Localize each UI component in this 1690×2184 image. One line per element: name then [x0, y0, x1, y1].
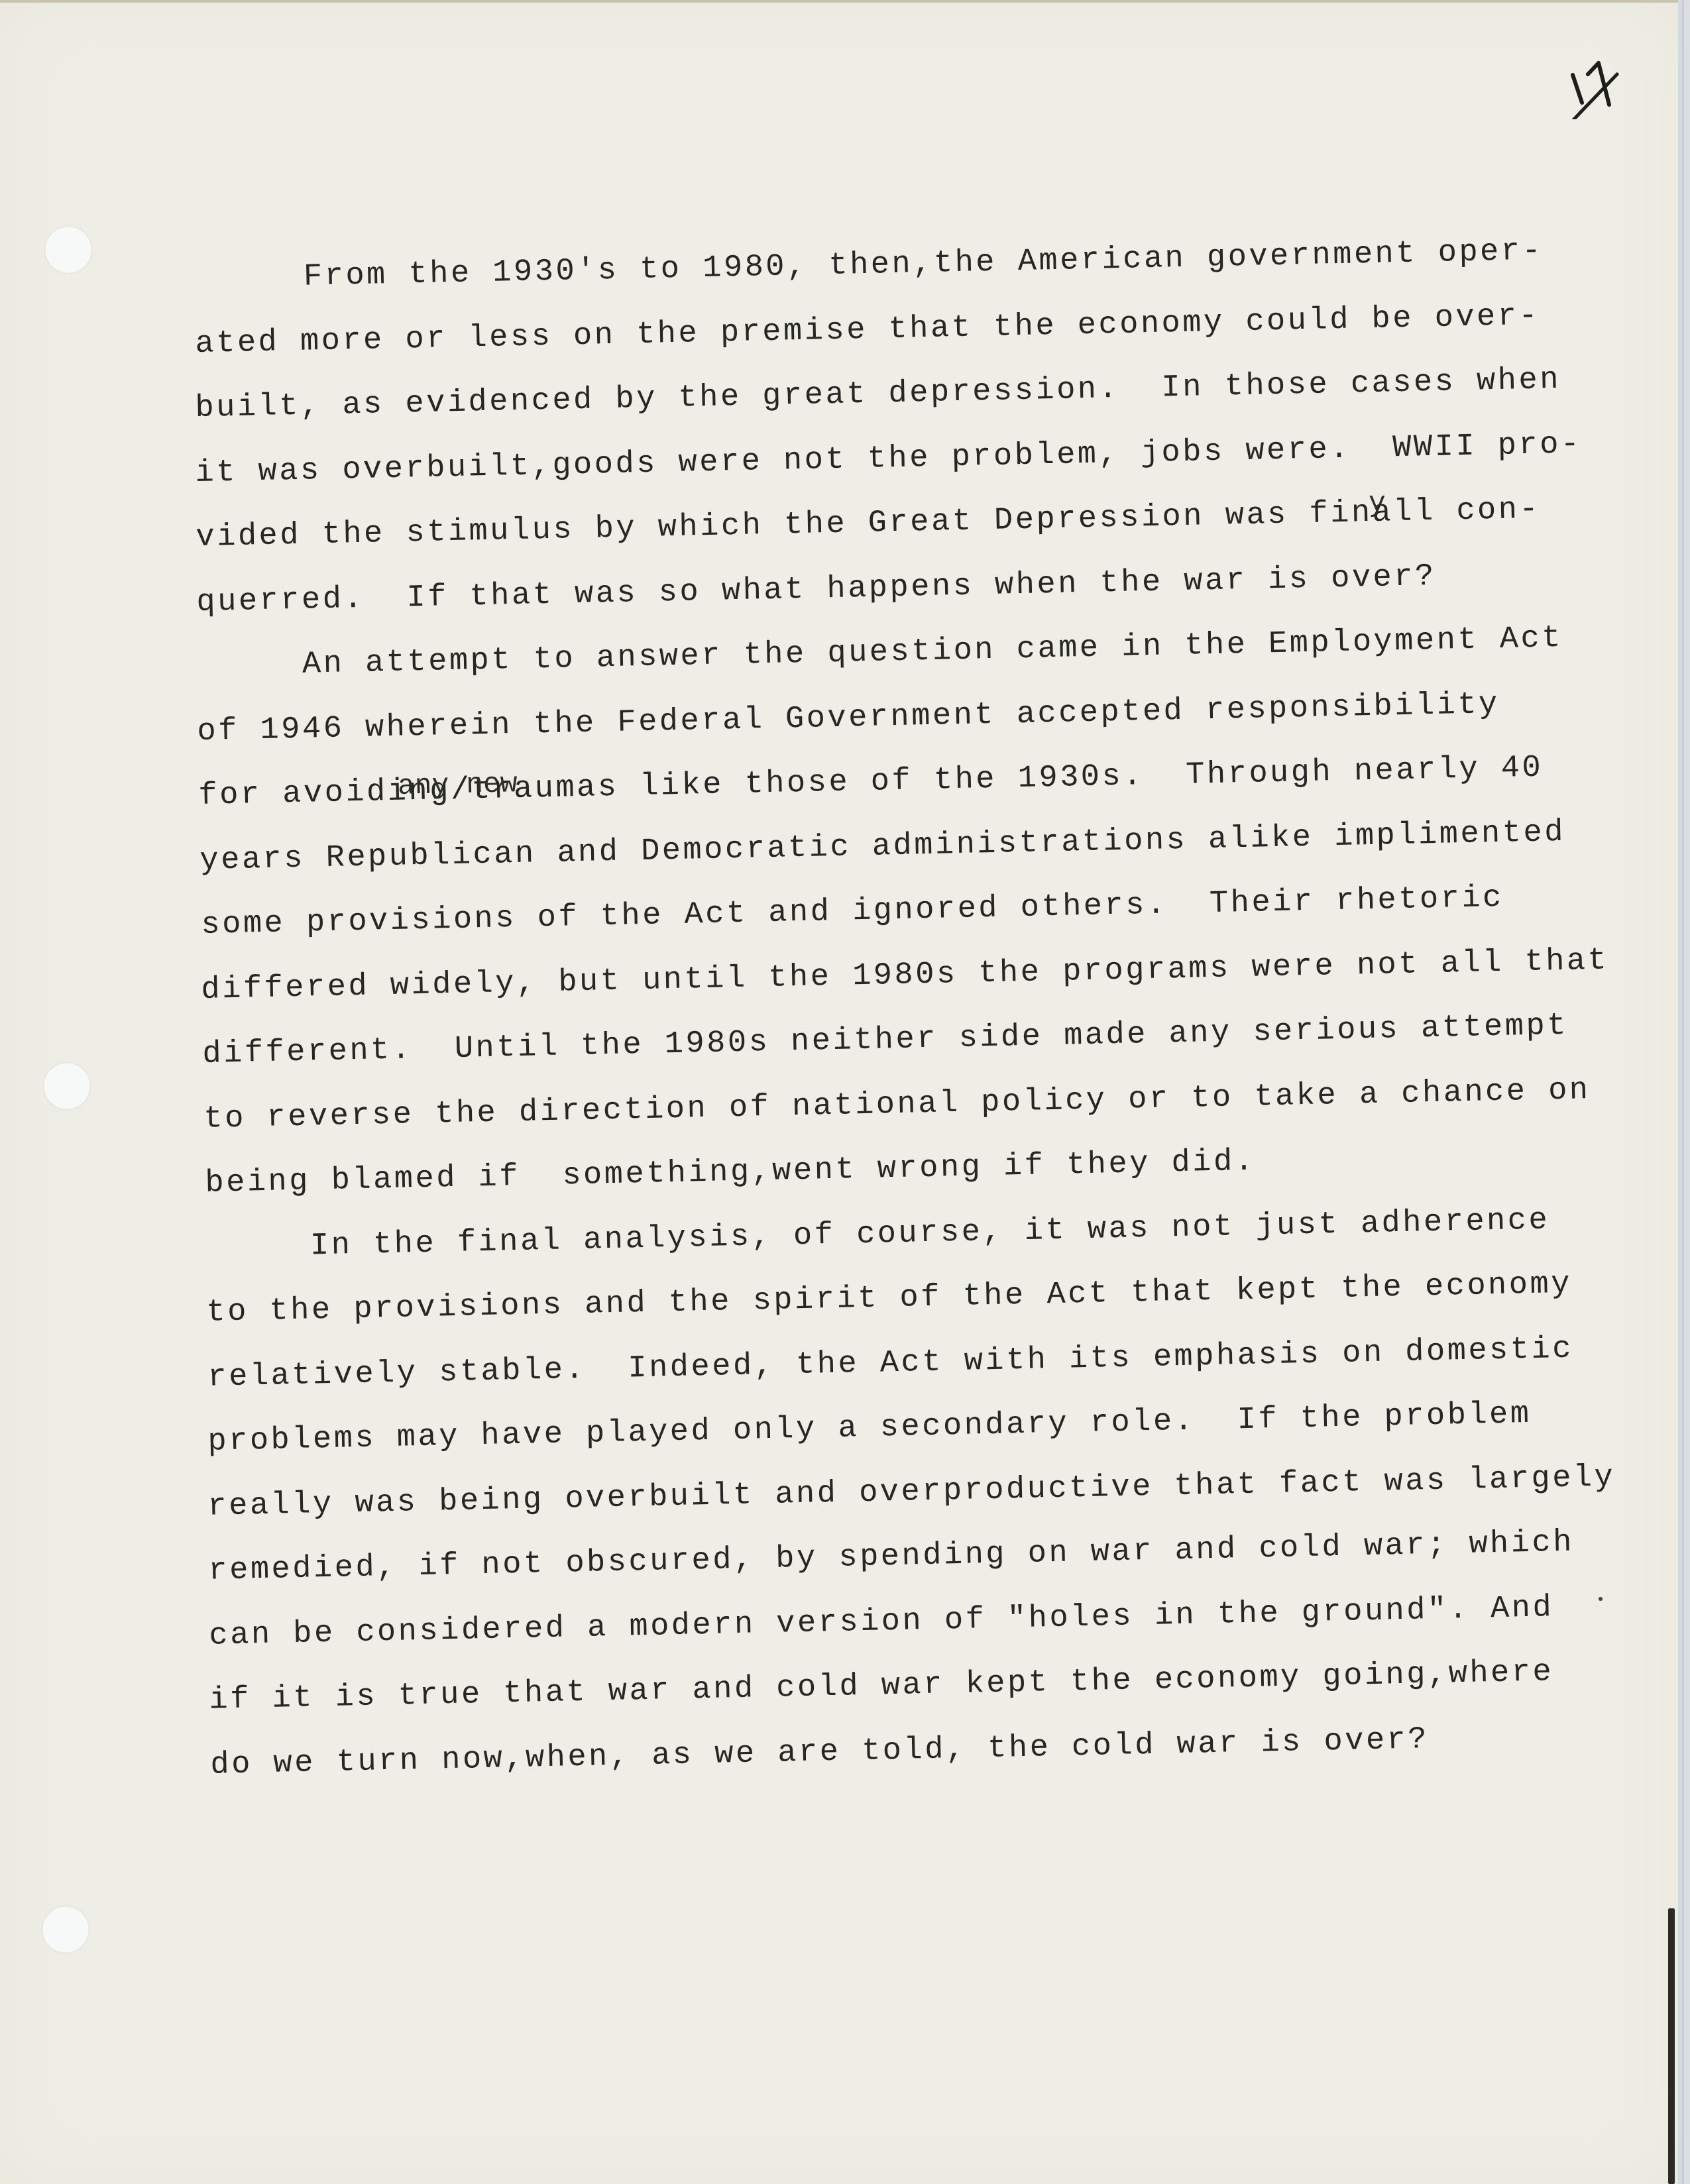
- typed-text-body: From the 1930's to 1980, then,the Americ…: [199, 262, 1564, 1812]
- document-page: 17 From the 1930's to 1980, then,the Ame…: [0, 0, 1678, 2184]
- insertion-any-new: any new: [398, 767, 518, 802]
- punch-hole-middle: [44, 1063, 90, 1109]
- punch-hole-bottom: [42, 1906, 89, 1953]
- handwritten-page-number: 17: [1544, 27, 1624, 119]
- punch-hole-top: [45, 227, 91, 273]
- page-edge-shadow: [1668, 1908, 1675, 2184]
- insertion-y: y: [1369, 487, 1386, 519]
- paragraph-2: An attempt to answer the question came i…: [199, 649, 1564, 1231]
- page-top-edge: [0, 0, 1678, 3]
- scan-border: [1678, 0, 1684, 2184]
- paragraph-3: In the final analysis, of course, it was…: [199, 1231, 1564, 1813]
- paragraph-1: From the 1930's to 1980, then,the Americ…: [199, 262, 1564, 649]
- ink-speck: [1599, 1597, 1603, 1601]
- page-number-17-glyph: [1544, 27, 1624, 119]
